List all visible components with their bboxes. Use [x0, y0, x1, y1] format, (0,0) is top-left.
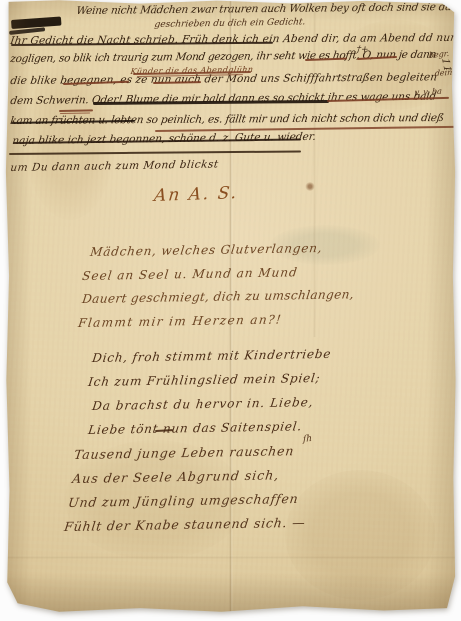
manuscript-paper: Weine nicht Mädchen zwar trauren auch Wo…: [5, 0, 456, 613]
manuscript-photo: Weine nicht Mädchen zwar trauren auch Wo…: [0, 0, 461, 621]
paper-edge-shading: [5, 0, 456, 613]
paper-shadow-wrap: Weine nicht Mädchen zwar trauren auch Wo…: [0, 0, 461, 621]
